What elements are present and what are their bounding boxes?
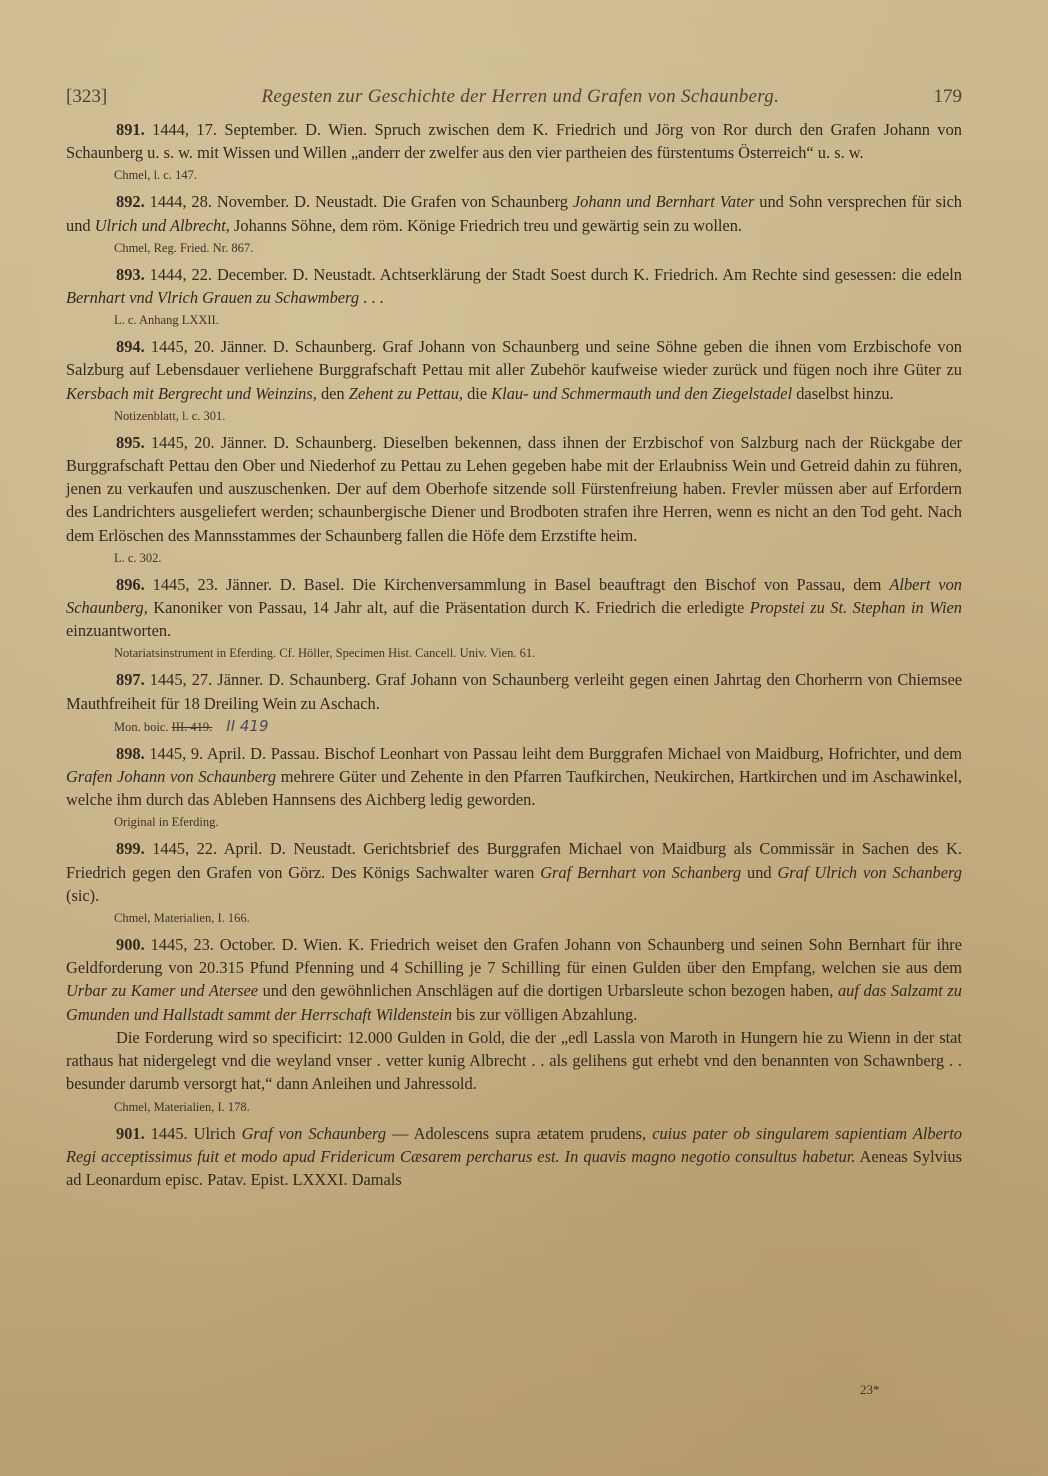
entry-text: 896. 1445, 23. Jänner. D. Basel. Die Kir… xyxy=(66,573,962,643)
italic-segment: Ulrich und Albrecht xyxy=(95,216,226,235)
entry-number: 897. xyxy=(116,670,145,689)
entry-number: 896. xyxy=(116,575,145,594)
text-segment: . . . xyxy=(359,288,384,307)
entry-source: Chmel, Materialien, I. 166. xyxy=(114,908,962,928)
entry-source: Chmel, l. c. 147. xyxy=(114,165,962,185)
regest-entry: 894. 1445, 20. Jänner. D. Schaunberg. Gr… xyxy=(66,335,962,426)
entry-source: Notariatsinstrument in Eferding. Cf. Höl… xyxy=(114,643,962,663)
source-citation: Chmel, l. c. 147. xyxy=(114,168,197,182)
entry-source: Mon. boic. III. 419.II 419 xyxy=(114,716,962,737)
source-citation: L. c. Anhang LXXII. xyxy=(114,313,219,327)
text-segment: 1444, 17. September. D. Wien. Spruch zwi… xyxy=(66,120,962,162)
signature-mark: 23* xyxy=(860,1382,880,1398)
entry-text: 900. 1445, 23. October. D. Wien. K. Frie… xyxy=(66,933,962,1026)
entry-number: 892. xyxy=(116,192,145,211)
source-citation: Notizenblatt, l. c. 301. xyxy=(114,409,225,423)
running-title: Regesten zur Geschichte der Herren und G… xyxy=(262,86,780,108)
entry-text: 898. 1445, 9. April. D. Passau. Bischof … xyxy=(66,742,962,812)
text-segment: , die xyxy=(459,384,491,403)
text-segment: 1444, 28. November. D. Neustadt. Die Gra… xyxy=(145,192,573,211)
regest-entry: 893. 1444, 22. December. D. Neustadt. Ac… xyxy=(66,263,962,330)
entry-source: L. c. Anhang LXXII. xyxy=(114,310,962,330)
text-segment: 1445, 20. Jänner. D. Schaunberg. Graf Jo… xyxy=(66,337,962,379)
entry-number: 893. xyxy=(116,265,145,284)
entry-number: 900. xyxy=(116,935,145,954)
italic-segment: Grafen Johann von Schaunberg xyxy=(66,767,276,786)
italic-segment: Klau- und Schmermauth und den Ziegelstad… xyxy=(491,384,792,403)
text-segment: bis zur völligen Abzahlung. xyxy=(452,1005,637,1024)
source-citation: L. c. 302. xyxy=(114,551,162,565)
italic-segment: Zehent zu Pettau xyxy=(349,384,459,403)
entry-text: 895. 1445, 20. Jänner. D. Schaunberg. Di… xyxy=(66,431,962,547)
entry-text: 901. 1445. Ulrich Graf von Schaunberg — … xyxy=(66,1122,962,1192)
struck-citation: III. 419. xyxy=(172,720,213,734)
text-segment: , den xyxy=(313,384,349,403)
source-citation: Mon. boic. xyxy=(114,720,169,734)
text-segment: , Johanns Söhne, dem röm. Könige Friedri… xyxy=(226,216,742,235)
text-segment: 1444, 22. December. D. Neustadt. Achtser… xyxy=(145,265,962,284)
entry-number: 899. xyxy=(116,839,145,858)
text-segment: 1445, 27. Jänner. D. Schaunberg. Graf Jo… xyxy=(66,670,962,712)
regest-entry: 896. 1445, 23. Jänner. D. Basel. Die Kir… xyxy=(66,573,962,664)
source-citation: Notariatsinstrument in Eferding. Cf. Höl… xyxy=(114,646,535,660)
entry-number: 901. xyxy=(116,1124,145,1143)
entry-text: 891. 1444, 17. September. D. Wien. Spruc… xyxy=(66,118,962,164)
running-head: [323] Regesten zur Geschichte der Herren… xyxy=(66,86,962,108)
regest-entry: 898. 1445, 9. April. D. Passau. Bischof … xyxy=(66,742,962,833)
source-citation: Chmel, Reg. Fried. Nr. 867. xyxy=(114,241,253,255)
italic-segment: Graf von Schaunberg xyxy=(242,1124,386,1143)
text-segment: 1445, 23. October. D. Wien. K. Friedrich… xyxy=(66,935,962,977)
regest-entry: 900. 1445, 23. October. D. Wien. K. Frie… xyxy=(66,933,962,1116)
italic-segment: Kersbach mit Bergrecht und Weinzins xyxy=(66,384,313,403)
entry-number: 895. xyxy=(116,433,145,452)
book-page: [323] Regesten zur Geschichte der Herren… xyxy=(66,86,962,1191)
text-segment: 1445. Ulrich xyxy=(145,1124,242,1143)
page-reference: [323] xyxy=(66,86,107,108)
regest-entry: 892. 1444, 28. November. D. Neustadt. Di… xyxy=(66,190,962,257)
regest-entry: 899. 1445, 22. April. D. Neustadt. Geric… xyxy=(66,837,962,928)
text-segment: — Adolescens supra ætatem prudens, xyxy=(386,1124,652,1143)
text-segment: (sic). xyxy=(66,886,99,905)
entry-text: 894. 1445, 20. Jänner. D. Schaunberg. Gr… xyxy=(66,335,962,405)
entry-text: 892. 1444, 28. November. D. Neustadt. Di… xyxy=(66,190,962,236)
entry-source: Chmel, Reg. Fried. Nr. 867. xyxy=(114,238,962,258)
italic-segment: Propstei zu St. Stephan in Wien xyxy=(750,598,962,617)
entry-number: 894. xyxy=(116,337,145,356)
entry-source: Chmel, Materialien, I. 178. xyxy=(114,1097,962,1117)
entry-source: Original in Eferding. xyxy=(114,812,962,832)
text-segment: , Kanoniker von Passau, 14 Jahr alt, auf… xyxy=(144,598,750,617)
source-citation: Original in Eferding. xyxy=(114,815,219,829)
page-number: 179 xyxy=(933,86,962,108)
entry-text: 899. 1445, 22. April. D. Neustadt. Geric… xyxy=(66,837,962,907)
entry-number: 891. xyxy=(116,120,145,139)
text-segment: daselbst hinzu. xyxy=(792,384,894,403)
italic-segment: Graf Ulrich von Schanberg xyxy=(777,863,962,882)
source-citation: Chmel, Materialien, I. 178. xyxy=(114,1100,250,1114)
source-citation: Chmel, Materialien, I. 166. xyxy=(114,911,250,925)
text-segment: einzuantworten. xyxy=(66,621,171,640)
text-segment: und den gewöhnlichen Anschlägen auf die … xyxy=(258,981,838,1000)
text-segment: 1445, 20. Jänner. D. Schaunberg. Dieselb… xyxy=(66,433,962,545)
italic-segment: Urbar zu Kamer und Atersee xyxy=(66,981,258,1000)
entry-source: L. c. 302. xyxy=(114,548,962,568)
entry-text: 897. 1445, 27. Jänner. D. Schaunberg. Gr… xyxy=(66,668,962,714)
regest-entry: 897. 1445, 27. Jänner. D. Schaunberg. Gr… xyxy=(66,668,962,736)
text-segment: 1445, 9. April. D. Passau. Bischof Leonh… xyxy=(145,744,962,763)
regest-entry: 891. 1444, 17. September. D. Wien. Spruc… xyxy=(66,118,962,185)
entry-source: Notizenblatt, l. c. 301. xyxy=(114,406,962,426)
text-segment: und xyxy=(741,863,777,882)
regest-entry: 901. 1445. Ulrich Graf von Schaunberg — … xyxy=(66,1122,962,1192)
entry-text: 893. 1444, 22. December. D. Neustadt. Ac… xyxy=(66,263,962,309)
handwritten-correction: II 419 xyxy=(226,717,268,735)
italic-segment: Johann und Bernhart Vater xyxy=(573,192,754,211)
regest-entry: 895. 1445, 20. Jänner. D. Schaunberg. Di… xyxy=(66,431,962,568)
text-segment: 1445, 23. Jänner. D. Basel. Die Kirchenv… xyxy=(145,575,890,594)
regest-entries: 891. 1444, 17. September. D. Wien. Spruc… xyxy=(66,118,962,1191)
italic-segment: Graf Bernhart von Schanberg xyxy=(540,863,741,882)
entry-continuation: Die Forderung wird so specificirt: 12.00… xyxy=(66,1026,962,1096)
entry-number: 898. xyxy=(116,744,145,763)
italic-segment: Bernhart vnd Vlrich Grauen zu Schawmberg xyxy=(66,288,359,307)
